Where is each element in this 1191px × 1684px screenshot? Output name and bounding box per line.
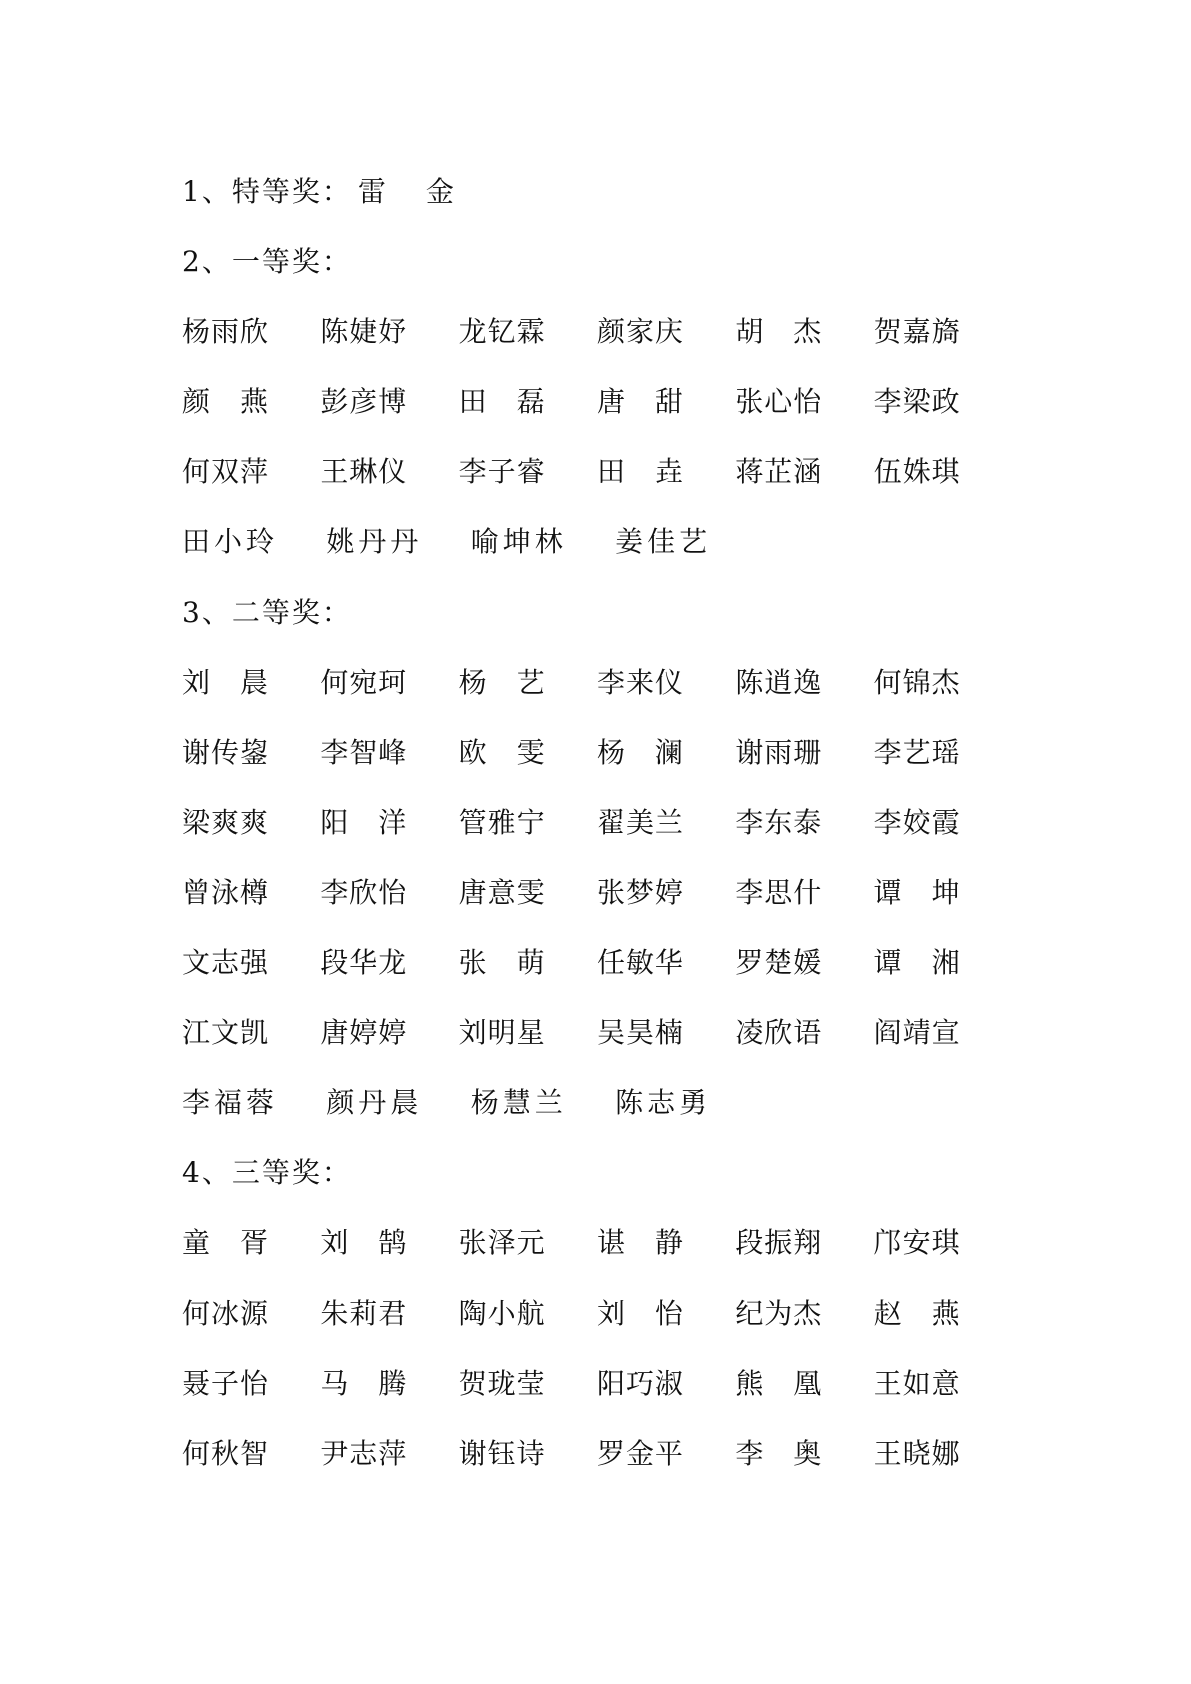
name-row: 江文凯唐婷婷刘明星吴昊楠凌欣语阎靖宣 bbox=[182, 1013, 1012, 1083]
awardee-name: 伍姝琪 bbox=[874, 452, 960, 492]
awardee-name: 纪为杰 bbox=[735, 1294, 821, 1334]
name-row: 刘晨何宛珂杨艺李来仪陈逍逸何锦杰 bbox=[182, 663, 1012, 733]
section-heading-text: 4、三等奖： bbox=[182, 1153, 352, 1193]
awardee-name: 何秋智 bbox=[182, 1434, 268, 1474]
grand-prize-winner: 雷金 bbox=[358, 172, 454, 212]
name-row: 杨雨欣陈婕妤龙钇霖颜家庆胡杰贺嘉旖 bbox=[182, 312, 1012, 382]
awardee-name: 罗金平 bbox=[597, 1434, 683, 1474]
awardee-name: 陶小航 bbox=[459, 1294, 545, 1334]
awardee-name: 江文凯 bbox=[182, 1013, 268, 1053]
awardee-name: 聂子怡 bbox=[182, 1364, 268, 1404]
awardee-name: 刘怡 bbox=[597, 1294, 683, 1334]
awardee-name: 李智峰 bbox=[320, 733, 406, 773]
awardee-name: 刘晨 bbox=[182, 663, 268, 703]
name-row: 李福蓉颜丹晨杨慧兰陈志勇 bbox=[182, 1083, 1012, 1153]
section-heading: 3、二等奖： bbox=[182, 593, 1012, 663]
awardee-name: 唐婷婷 bbox=[320, 1013, 406, 1053]
awardee-name: 李梁政 bbox=[874, 382, 960, 422]
awardee-name: 王晓娜 bbox=[874, 1434, 960, 1474]
awardee-name: 朱莉君 bbox=[320, 1294, 406, 1334]
awardee-name: 何冰源 bbox=[182, 1294, 268, 1334]
name-row: 何双萍王琳仪李子睿田垚蒋芷涵伍姝琪 bbox=[182, 452, 1012, 522]
awardee-name: 段华龙 bbox=[320, 943, 406, 983]
awardee-name: 任敏华 bbox=[597, 943, 683, 983]
awardee-name: 李思什 bbox=[735, 873, 821, 913]
awardee-name: 杨艺 bbox=[459, 663, 545, 703]
awardee-name: 陈婕妤 bbox=[320, 312, 406, 352]
awardee-name: 蒋芷涵 bbox=[735, 452, 821, 492]
section-heading-text: 1、特等奖： bbox=[182, 172, 352, 212]
awardee-name: 何宛珂 bbox=[320, 663, 406, 703]
awardee-name: 李艺瑶 bbox=[874, 733, 960, 773]
awardee-name: 梁爽爽 bbox=[182, 803, 268, 843]
name-row: 田小玲姚丹丹喻坤林姜佳艺 bbox=[182, 522, 1012, 592]
awardee-name: 童胥 bbox=[182, 1223, 268, 1263]
awardee-name: 唐甜 bbox=[597, 382, 683, 422]
awardee-name: 姜佳艺 bbox=[615, 522, 707, 562]
awardee-name: 阳巧淑 bbox=[597, 1364, 683, 1404]
awardee-name: 颜丹晨 bbox=[326, 1083, 418, 1123]
awardee-name: 何锦杰 bbox=[874, 663, 960, 703]
awardee-name: 陈志勇 bbox=[615, 1083, 707, 1123]
awardee-name: 刘明星 bbox=[459, 1013, 545, 1053]
awardee-name: 李姣霞 bbox=[874, 803, 960, 843]
section-heading: 1、特等奖：雷金 bbox=[182, 172, 1012, 242]
awardee-name: 张泽元 bbox=[459, 1223, 545, 1263]
awardee-name: 贺嘉旖 bbox=[874, 312, 960, 352]
awardee-name: 谭湘 bbox=[874, 943, 960, 983]
awardee-name: 田磊 bbox=[459, 382, 545, 422]
awardee-name: 杨慧兰 bbox=[471, 1083, 563, 1123]
awardee-name: 欧雯 bbox=[459, 733, 545, 773]
name-row: 聂子怡马腾贺珑莹阳巧淑熊凰王如意 bbox=[182, 1364, 1012, 1434]
awardee-name: 曾泳樽 bbox=[182, 873, 268, 913]
name-row: 文志强段华龙张萌任敏华罗楚媛谭湘 bbox=[182, 943, 1012, 1013]
awardee-name: 颜家庆 bbox=[597, 312, 683, 352]
awardee-name: 陈逍逸 bbox=[735, 663, 821, 703]
awardee-name: 阳洋 bbox=[320, 803, 406, 843]
name-row: 谢传鋆李智峰欧雯杨澜谢雨珊李艺瑶 bbox=[182, 733, 1012, 803]
awardee-name: 龙钇霖 bbox=[459, 312, 545, 352]
awardee-name: 尹志萍 bbox=[320, 1434, 406, 1474]
awardee-name: 何双萍 bbox=[182, 452, 268, 492]
awardee-name: 喻坤林 bbox=[471, 522, 563, 562]
awardee-name: 李子睿 bbox=[459, 452, 545, 492]
name-row: 梁爽爽阳洋管雅宁翟美兰李东泰李姣霞 bbox=[182, 803, 1012, 873]
section-heading-text: 3、二等奖： bbox=[182, 593, 352, 633]
awardee-name: 文志强 bbox=[182, 943, 268, 983]
awardee-name: 张萌 bbox=[459, 943, 545, 983]
awardee-name: 谌静 bbox=[597, 1223, 683, 1263]
name-row: 何秋智尹志萍谢钰诗罗金平李奥王晓娜 bbox=[182, 1434, 1012, 1504]
awardee-name: 马腾 bbox=[320, 1364, 406, 1404]
awardee-name: 李来仪 bbox=[597, 663, 683, 703]
awardee-name: 杨澜 bbox=[597, 733, 683, 773]
awardee-name: 刘鹄 bbox=[320, 1223, 406, 1263]
awardee-name: 谭坤 bbox=[874, 873, 960, 913]
awardee-name: 谢钰诗 bbox=[459, 1434, 545, 1474]
awardee-name: 张心怡 bbox=[735, 382, 821, 422]
section-heading: 4、三等奖： bbox=[182, 1153, 1012, 1223]
awardee-name: 吴昊楠 bbox=[597, 1013, 683, 1053]
awardee-name: 王如意 bbox=[874, 1364, 960, 1404]
awardee-name: 田垚 bbox=[597, 452, 683, 492]
section-heading-text: 2、一等奖： bbox=[182, 242, 352, 282]
awardee-name: 赵燕 bbox=[874, 1294, 960, 1334]
awardee-name: 杨雨欣 bbox=[182, 312, 268, 352]
awardee-name: 彭彦博 bbox=[320, 382, 406, 422]
awardee-name: 胡杰 bbox=[735, 312, 821, 352]
awardee-name: 李福蓉 bbox=[182, 1083, 274, 1123]
awardee-name: 姚丹丹 bbox=[326, 522, 418, 562]
awardee-name: 王琳仪 bbox=[320, 452, 406, 492]
awardee-name: 张梦婷 bbox=[597, 873, 683, 913]
name-row: 何冰源朱莉君陶小航刘怡纪为杰赵燕 bbox=[182, 1294, 1012, 1364]
awardee-name: 李东泰 bbox=[735, 803, 821, 843]
awardee-name: 贺珑莹 bbox=[459, 1364, 545, 1404]
awardee-name: 邝安琪 bbox=[874, 1223, 960, 1263]
section-heading: 2、一等奖： bbox=[182, 242, 1012, 312]
awardee-name: 颜燕 bbox=[182, 382, 268, 422]
awardee-name: 管雅宁 bbox=[459, 803, 545, 843]
awardee-name: 李奥 bbox=[735, 1434, 821, 1474]
awardee-name: 阎靖宣 bbox=[874, 1013, 960, 1053]
name-row: 曾泳樽李欣怡唐意雯张梦婷李思什谭坤 bbox=[182, 873, 1012, 943]
awardee-name: 谢传鋆 bbox=[182, 733, 268, 773]
awardee-name: 凌欣语 bbox=[735, 1013, 821, 1053]
awardee-name: 熊凰 bbox=[735, 1364, 821, 1404]
awardee-name: 田小玲 bbox=[182, 522, 274, 562]
award-list-document: 1、特等奖：雷金2、一等奖：杨雨欣陈婕妤龙钇霖颜家庆胡杰贺嘉旖颜燕彭彦博田磊唐甜… bbox=[182, 172, 1012, 1504]
awardee-name: 李欣怡 bbox=[320, 873, 406, 913]
awardee-name: 谢雨珊 bbox=[735, 733, 821, 773]
name-row: 童胥刘鹄张泽元谌静段振翔邝安琪 bbox=[182, 1223, 1012, 1293]
awardee-name: 罗楚媛 bbox=[735, 943, 821, 983]
name-row: 颜燕彭彦博田磊唐甜张心怡李梁政 bbox=[182, 382, 1012, 452]
awardee-name: 唐意雯 bbox=[459, 873, 545, 913]
awardee-name: 段振翔 bbox=[735, 1223, 821, 1263]
awardee-name: 翟美兰 bbox=[597, 803, 683, 843]
